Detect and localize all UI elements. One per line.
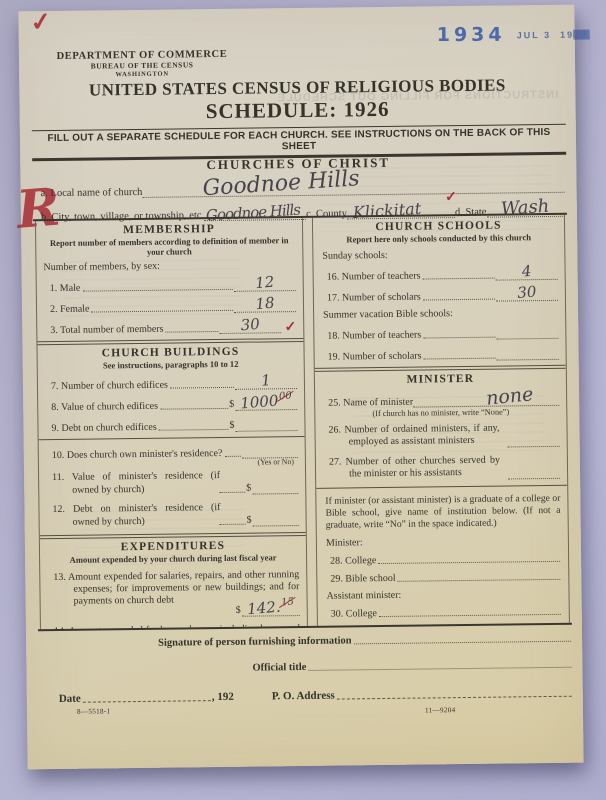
- form-code-left: 8—5518-1: [77, 707, 111, 715]
- q17-answer-line: 30: [496, 287, 558, 302]
- q2-label: 2. Female: [50, 304, 90, 315]
- question-3-total-members: 3. Total number of members 30 ✓: [50, 319, 296, 336]
- dotted-leader: [423, 278, 495, 280]
- sunday-schools-label: Sunday schools:: [322, 248, 557, 262]
- received-date-stamp: JUL 3 1928: [517, 29, 591, 40]
- dotted-leader: [379, 614, 561, 617]
- q25-caption: (If church has no minister, write “None”…: [322, 407, 559, 419]
- dotted-leader: [160, 408, 228, 410]
- form-body-columns: MEMBERSHIP Report number of members acco…: [35, 215, 570, 629]
- dotted-leader: [220, 524, 246, 525]
- question-2-female: 2. Female 18: [50, 298, 296, 315]
- dotted-leader: [423, 337, 495, 339]
- q11-label: 11. Value of minister's residence (if ow…: [52, 470, 220, 496]
- schools-note: Report here only schools conducted by th…: [320, 232, 557, 245]
- question-26-ordained-ministers: 26. Number of ordained ministers, if any…: [328, 422, 559, 451]
- date-label: Date: [59, 693, 81, 705]
- q12-answer-area: $: [218, 512, 299, 527]
- q10-label: 10. Does church own minister's residence…: [52, 448, 223, 461]
- red-checkmark-icon: ✓: [29, 6, 53, 38]
- dotted-leader: [82, 289, 232, 292]
- official-title-line: Official title: [252, 659, 572, 674]
- form-code-right: 11—9204: [425, 706, 456, 714]
- q13-answer-area: $ 142.15: [236, 602, 300, 617]
- dotted-leader: [219, 492, 245, 493]
- q19-answer-line: [497, 346, 559, 361]
- question-11-residence-value: 11. Value of minister's residence (if ow…: [52, 469, 298, 498]
- q12-answer-line: [253, 512, 299, 527]
- schedule-year-title: SCHEDULE: 1926: [19, 95, 575, 127]
- question-1-male: 1. Male 12: [50, 277, 296, 294]
- q18-answer-line: [496, 325, 558, 340]
- local-name-line: a. Local name of church Goodnoe Hills: [40, 177, 564, 199]
- q2-answer-line: 18: [234, 298, 296, 313]
- date-stamp-year: 1928: [560, 29, 590, 39]
- q13-answer-line: 142.15: [242, 602, 300, 617]
- q8-dollar-sign: $: [229, 399, 234, 410]
- minister-sublabel: Minister:: [326, 535, 561, 549]
- q9-answer-line: [235, 417, 297, 432]
- membership-intro: Number of members, by sex:: [43, 259, 295, 273]
- q26-answer-line: [508, 433, 560, 448]
- graduate-instructions: If minister (or assistant minister) is a…: [325, 493, 560, 532]
- date-stamp-month-day: JUL 3: [517, 30, 551, 40]
- q9-dollar-sign: $: [229, 420, 234, 431]
- single-rule-separator: [39, 436, 305, 440]
- dotted-leader: [166, 331, 219, 333]
- double-rule-separator: [315, 365, 566, 372]
- buildings-note: See instructions, paragraphs 10 to 12: [45, 358, 297, 371]
- right-column: CHURCH SCHOOLS Report here only schools …: [312, 215, 570, 626]
- signature-label: Signature of person furnishing informati…: [158, 635, 352, 648]
- question-12-residence-debt: 12. Debt on minister's residence (if own…: [52, 501, 298, 530]
- q1-handwritten-value: 12: [254, 273, 275, 293]
- question-17-scholars: 17. Number of scholars 30: [327, 287, 558, 304]
- question-9-debt-edifices: 9. Debt on church edifices $: [51, 417, 297, 434]
- agency-block: DEPARTMENT OF COMMERCE BUREAU OF THE CEN…: [49, 49, 235, 79]
- screenshot-root: { "stamps": { "accession_number": "1934"…: [0, 0, 606, 800]
- q13-dollar-sign: $: [236, 604, 241, 615]
- q16-handwritten-value: 4: [521, 262, 532, 281]
- q12-label: 12. Debt on minister's residence (if own…: [52, 502, 220, 528]
- red-checkmark-icon: ✓: [445, 189, 457, 206]
- signature-line: Signature of person furnishing informati…: [158, 633, 572, 649]
- q19-label: 19. Number of scholars: [328, 351, 422, 363]
- question-10-own-residence: 10. Does church own minister's residence…: [52, 444, 298, 461]
- q25-label: 25. Name of minister: [328, 397, 413, 409]
- single-rule-separator: [316, 485, 567, 489]
- q7-label: 7. Number of church edifices: [51, 380, 168, 392]
- q3-handwritten-value: 30: [240, 315, 261, 335]
- question-29-bible-school: 29. Bible school: [330, 571, 561, 585]
- dotted-leader: [423, 299, 495, 301]
- q27-label: 27. Number of other churches served by t…: [329, 455, 500, 481]
- dotted-leader: [378, 561, 560, 564]
- q18-label: 18. Number of teachers: [327, 330, 421, 342]
- q9-label: 9. Debt on church edifices: [51, 422, 156, 434]
- q13-handwritten-value: 142.15: [246, 596, 294, 618]
- question-19-scholars: 19. Number of scholars: [328, 346, 559, 363]
- double-rule-separator: [37, 338, 303, 345]
- dotted-leader: [337, 696, 572, 700]
- question-16-teachers: 16. Number of teachers 4: [327, 266, 558, 283]
- q25-handwritten-value: none: [485, 383, 534, 410]
- dotted-leader: [424, 358, 496, 360]
- q2-handwritten-value: 18: [255, 294, 276, 314]
- question-28-college: 28. College: [330, 553, 561, 567]
- date-and-address-line: Date , 192 P. O. Address: [59, 687, 573, 705]
- assistant-minister-sublabel: Assistant minister:: [326, 588, 561, 602]
- q27-answer-area: [508, 465, 560, 480]
- q16-answer-line: 4: [496, 266, 558, 281]
- double-rule-separator: [40, 532, 306, 539]
- date-year-suffix: , 192: [212, 691, 234, 703]
- q29-label: 29. Bible school: [330, 573, 395, 585]
- census-form-page: INSTRUCTIONS FOR FILLING OUT SCHEDULE ✓ …: [18, 5, 583, 770]
- q1-label: 1. Male: [50, 283, 81, 294]
- q8-label: 8. Value of church edifices: [51, 401, 158, 413]
- q11-answer-area: $: [217, 480, 298, 495]
- q8-cents-struck: 00: [279, 391, 293, 403]
- dotted-leader: [83, 700, 211, 703]
- q26-answer-area: [508, 433, 560, 448]
- dotted-leader: [354, 641, 571, 645]
- q7-answer-line: 1: [235, 375, 297, 390]
- dotted-leader: [308, 667, 571, 671]
- question-27-other-churches: 27. Number of other churches served by t…: [329, 454, 560, 483]
- question-25-minister-name: 25. Name of minister none: [328, 392, 559, 409]
- q3-answer-line: 30: [219, 320, 281, 335]
- dotted-leader: [159, 429, 229, 431]
- q17-label: 17. Number of scholars: [327, 292, 421, 304]
- local-name-label: a. Local name of church: [41, 187, 143, 199]
- official-title-label: Official title: [252, 662, 306, 674]
- q28-label: 28. College: [330, 555, 376, 567]
- q27-answer-line: [508, 465, 560, 480]
- q25-answer-line: none: [413, 392, 559, 408]
- q11-answer-line: [252, 480, 298, 495]
- q1-answer-line: 12: [234, 277, 296, 292]
- local-name-write-line: Goodnoe Hills: [142, 177, 564, 198]
- q16-label: 16. Number of teachers: [327, 271, 421, 283]
- question-13-salaries: 13. Amount expended for salaries, repair…: [53, 569, 300, 620]
- question-30-college: 30. College: [331, 606, 562, 620]
- q10-yes-no-caption: (Yes or No): [257, 458, 294, 467]
- q13-cents-struck: 15: [281, 596, 295, 608]
- q30-label: 30. College: [331, 608, 377, 620]
- membership-note: Report number of members according to de…: [43, 235, 295, 258]
- red-checkmark-icon: ✓: [284, 323, 296, 333]
- dotted-leader: [92, 310, 234, 313]
- po-address-label: P. O. Address: [272, 690, 335, 703]
- question-8-value-edifices: 8. Value of church edifices $ 100000: [51, 396, 297, 413]
- q26-label: 26. Number of ordained ministers, if any…: [328, 423, 499, 449]
- office-city: WASHINGTON: [49, 69, 235, 79]
- q17-handwritten-value: 30: [517, 283, 538, 303]
- left-column: MEMBERSHIP Report number of members acco…: [35, 218, 308, 629]
- q8-answer-line: 100000: [235, 396, 297, 411]
- expenditures-note: Amount expended by your church during la…: [47, 552, 299, 565]
- summer-schools-label: Summer vacation Bible schools:: [323, 307, 558, 321]
- q12-dollar-sign: $: [247, 515, 252, 526]
- dotted-leader: [170, 387, 234, 389]
- question-7-edifices: 7. Number of church edifices 1: [51, 375, 297, 392]
- q3-label: 3. Total number of members: [50, 324, 163, 336]
- q8-handwritten-value: 100000: [240, 391, 293, 413]
- dotted-leader: [224, 456, 240, 457]
- dotted-leader: [398, 579, 561, 582]
- question-18-teachers: 18. Number of teachers: [327, 325, 558, 342]
- q11-dollar-sign: $: [246, 483, 251, 494]
- q7-handwritten-value: 1: [260, 371, 271, 390]
- accession-number-stamp: 1934: [437, 24, 506, 46]
